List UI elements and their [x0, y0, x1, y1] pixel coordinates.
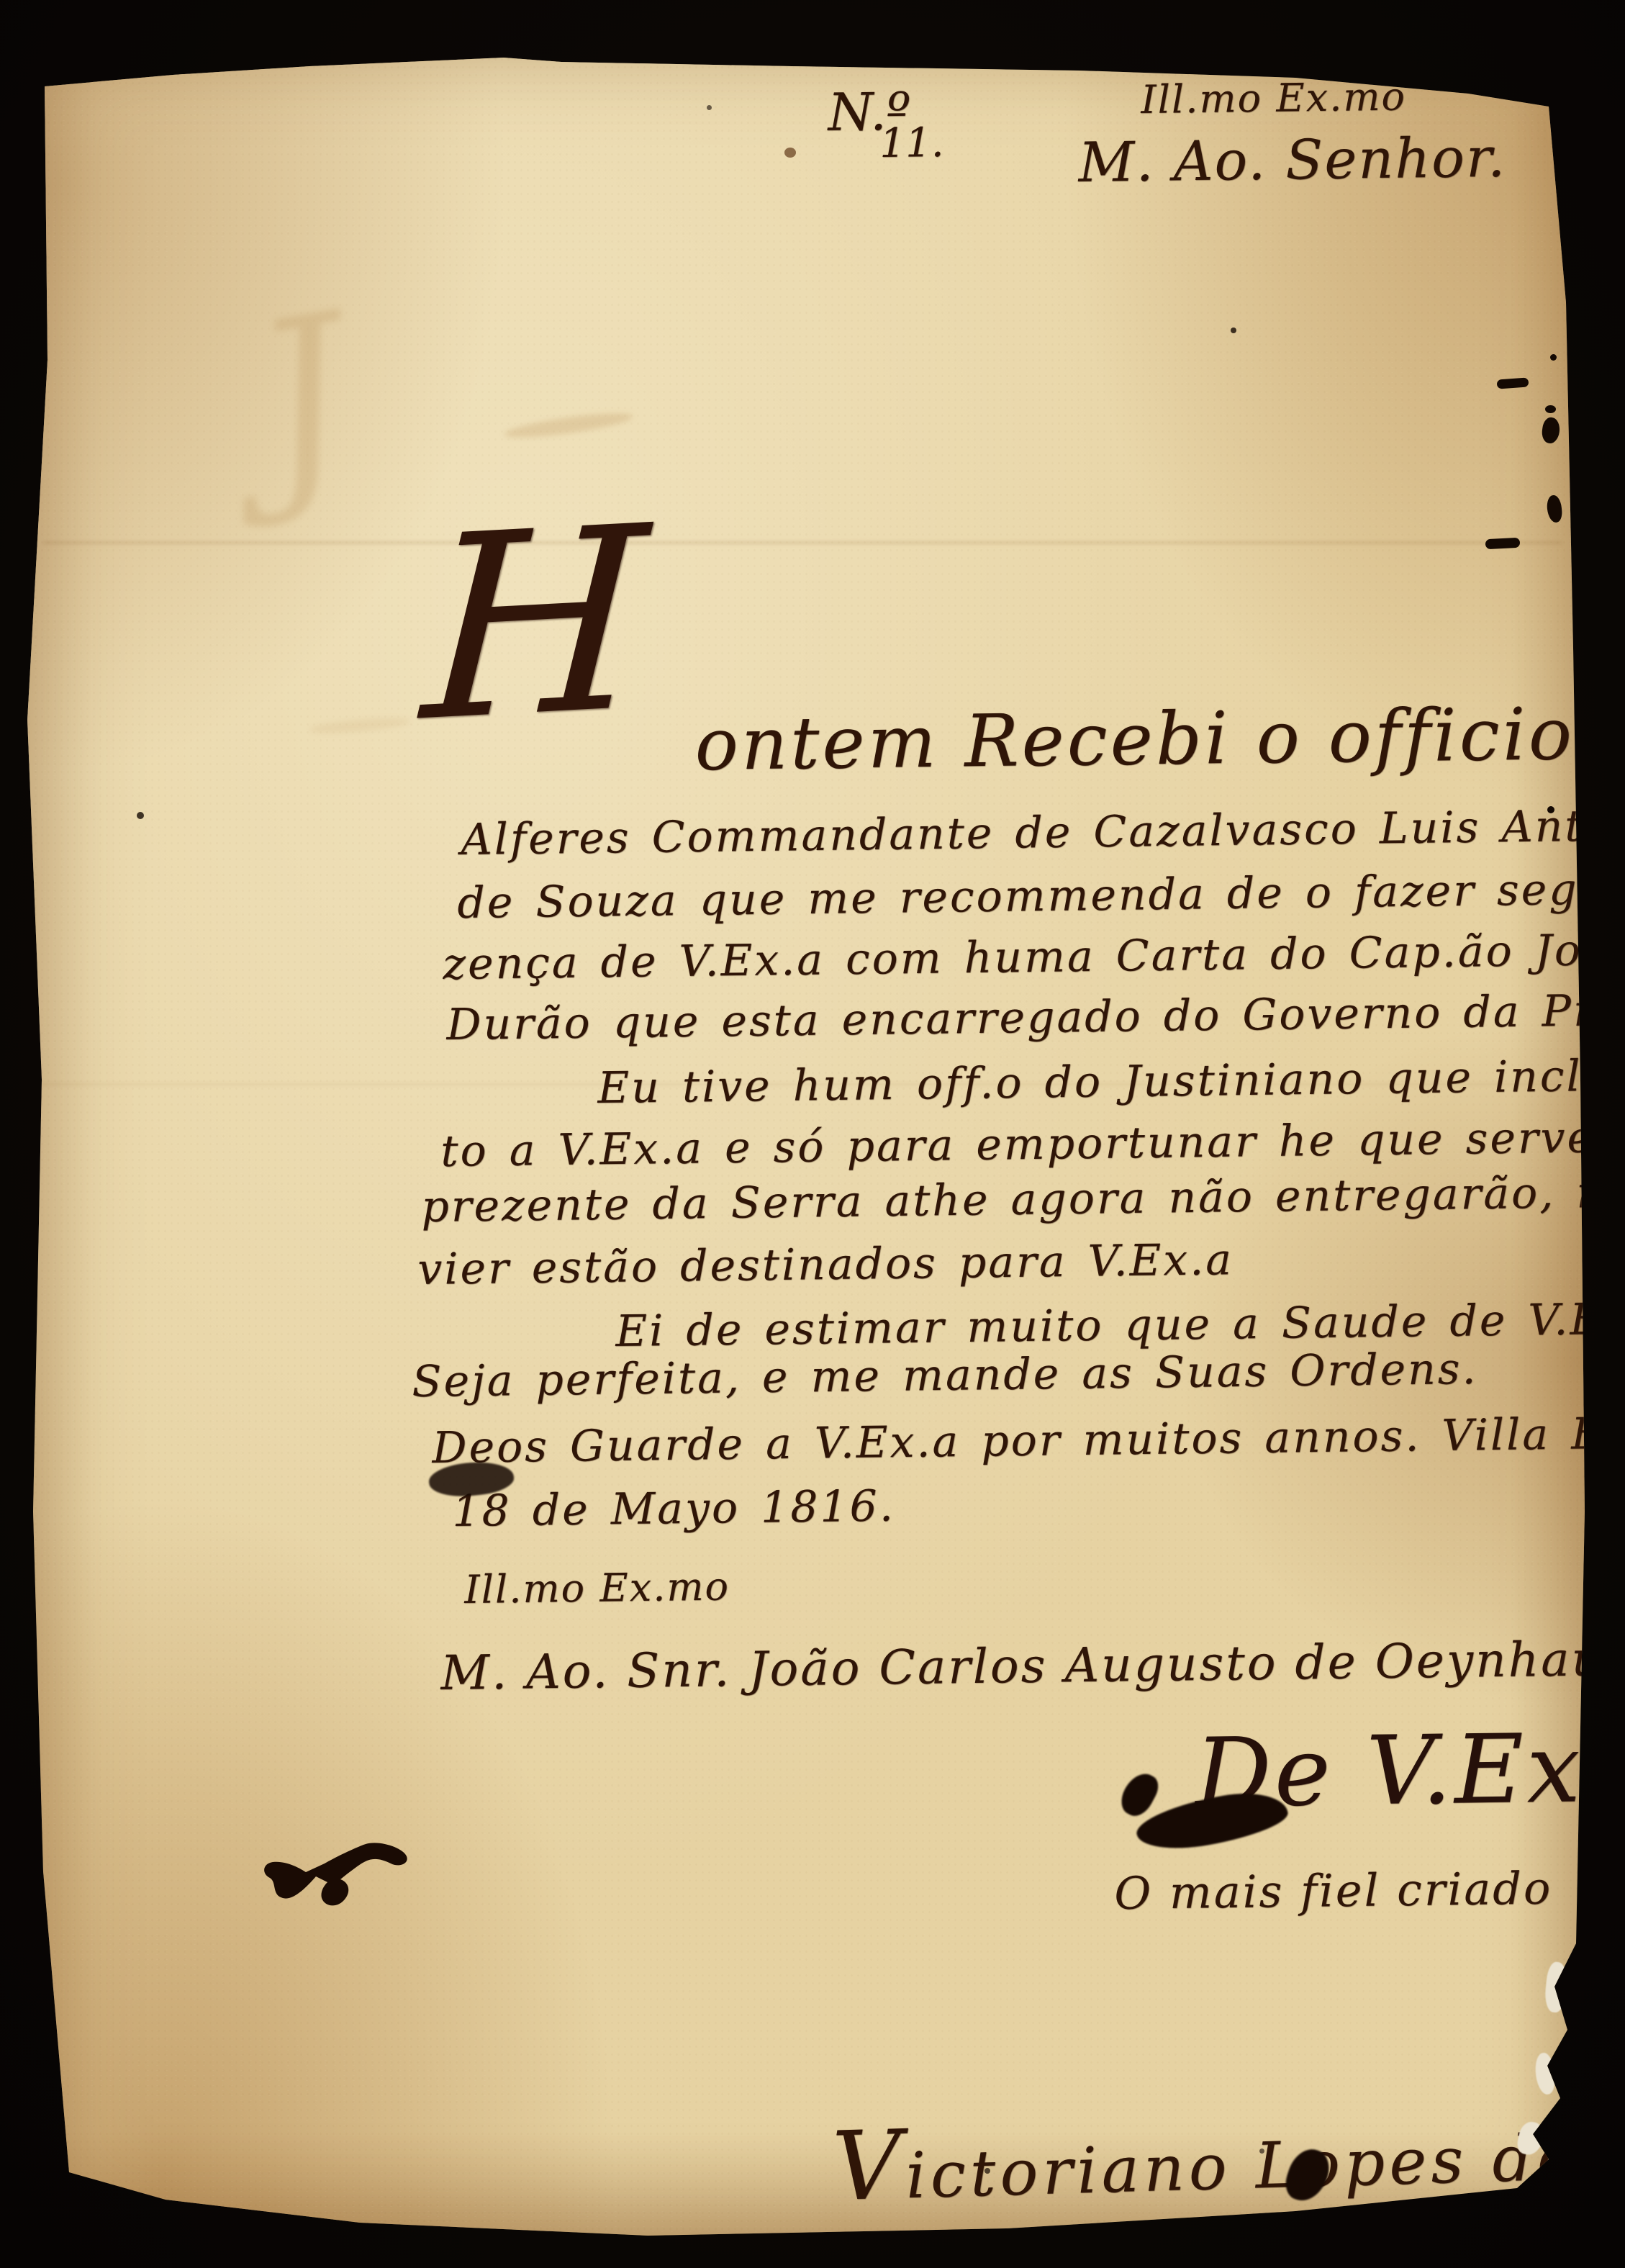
ink-speck	[1259, 2149, 1264, 2154]
body-line: to a V.Ex.a e só para emportunar he que …	[440, 1114, 1625, 1173]
bleedthrough-mark	[503, 409, 633, 443]
address-honorific: Ill.mo Ex.mo	[464, 1567, 730, 1609]
ink-speck	[1541, 417, 1562, 445]
torn-edge-fiber	[1543, 1961, 1570, 2014]
ink-speck	[1550, 354, 1557, 361]
body-line: Eu tive hum off.o do Justiniano que incl…	[597, 1052, 1625, 1110]
body-line: Deos Guarde a V.Ex.a por muitos annos. V…	[432, 1411, 1625, 1470]
ink-blot	[255, 1832, 414, 1933]
ink-speck	[137, 812, 144, 819]
ink-speck	[984, 2168, 990, 2174]
fold-crease	[43, 541, 1562, 544]
address-name: M. Ao. Snr. João Carlos Augusto de Oeynh…	[440, 1635, 1625, 1697]
heading-addressee: M. Ao. Senhor.	[1078, 130, 1506, 190]
body-line: zença de V.Ex.a com huma Carta do Cap.ão…	[443, 926, 1625, 986]
body-line: vier estão destinados para V.Ex.a	[417, 1238, 1234, 1291]
ink-speck	[1547, 806, 1554, 813]
opening-initial: H	[419, 492, 651, 756]
photo-backdrop: J N.º 11. Ill.mo Ex.mo M. Ao. Senhor. H …	[0, 0, 1625, 2268]
heading-honorific: Ill.mo Ex.mo	[1141, 77, 1406, 119]
subscription: O mais fiel criado	[1114, 1866, 1553, 1916]
body-line: prezente da Serra athe agora não entrega…	[421, 1170, 1625, 1229]
body-line: de Souza que me recommenda de o fazer se…	[457, 865, 1625, 925]
ink-speck	[1497, 377, 1529, 389]
signature: Victoriano Lopes de Macedo	[831, 2090, 1625, 2215]
torn-edge-fiber	[1533, 2051, 1557, 2095]
ink-speck	[1231, 327, 1236, 333]
ink-speck	[1546, 494, 1563, 523]
opening-line: ontem Recebi o officio do	[694, 697, 1625, 781]
ink-blot	[1115, 1768, 1163, 1821]
ink-speck	[1485, 538, 1521, 549]
document-number-value: 11.	[879, 123, 944, 164]
ink-speck	[784, 148, 796, 158]
bleedthrough-mark: J	[238, 268, 367, 530]
body-line: Durão que esta encarregado do Governo da…	[446, 987, 1625, 1047]
date-line: 18 de Mayo 1816.	[452, 1484, 895, 1533]
letter-page: J N.º 11. Ill.mo Ex.mo M. Ao. Senhor. H …	[0, 0, 1625, 2268]
ink-speck	[707, 105, 712, 110]
bleedthrough-mark	[309, 715, 411, 736]
body-line: Seja perfeita, e me mande as Suas Ordens…	[412, 1347, 1478, 1404]
body-line: Alferes Commandante de Cazalvasco Luis A…	[461, 803, 1625, 862]
ink-speck	[1545, 405, 1556, 413]
